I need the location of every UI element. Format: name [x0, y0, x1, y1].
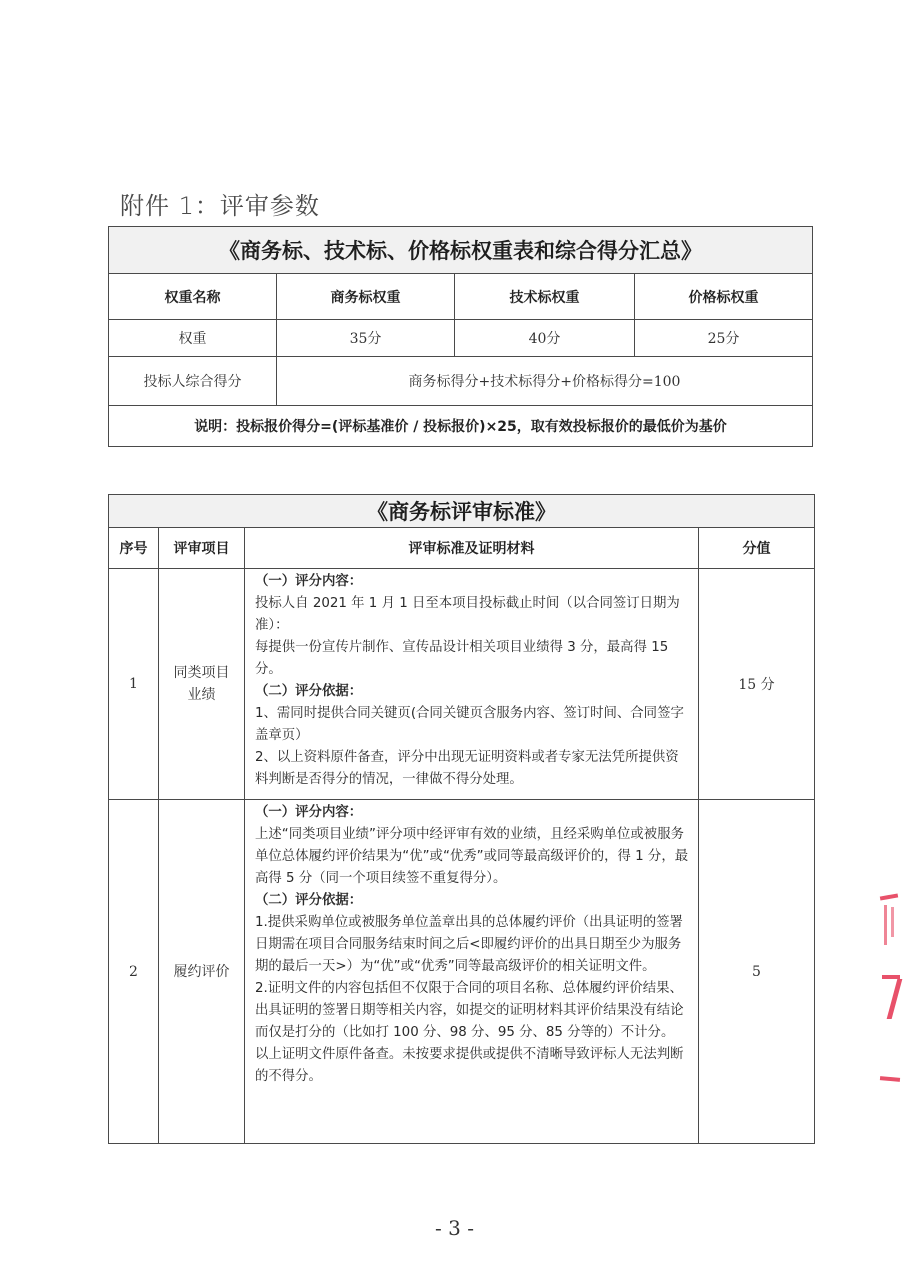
header-review-item: 评审项目 [159, 528, 245, 569]
weight-values-row: 权重 35分 40分 25分 [109, 320, 813, 357]
price-score-note-row: 说明：投标报价得分=(评标基准价 / 投标报价)×25，取有效投标报价的最低价为… [109, 406, 813, 447]
row-score: 5 [699, 800, 815, 1144]
header-serial-no: 序号 [109, 528, 159, 569]
weight-table-title: 《商务标、技术标、价格标权重表和综合得分汇总》 [109, 227, 813, 274]
seal-stamp-fragment-icon [878, 895, 900, 1085]
criteria-line: 2、以上资料原件备查，评分中出现无证明资料或者专家无法凭所提供资料判断是否得分的… [255, 747, 692, 791]
row-serial-no: 1 [109, 569, 159, 800]
criteria-section-heading: （二）评分依据： [255, 681, 692, 703]
business-weight-value: 35分 [277, 320, 455, 357]
total-score-row: 投标人综合得分 商务标得分+技术标得分+价格标得分=100 [109, 357, 813, 406]
row-review-item: 履约评价 [159, 800, 245, 1144]
criteria-section-heading: （二）评分依据： [255, 890, 692, 912]
attachment-heading: 附件 1：评审参数 [120, 186, 320, 221]
header-weight-name: 权重名称 [109, 274, 277, 320]
total-score-formula: 商务标得分+技术标得分+价格标得分=100 [277, 357, 813, 406]
business-criteria-table: 《商务标评审标准》 序号 评审项目 评审标准及证明材料 分值 1 同类项目业绩 … [108, 494, 815, 1144]
criteria-line: 投标人自 2021 年 1 月 1 日至本项目投标截止时间（以合同签订日期为准）… [255, 593, 692, 637]
criteria-line: 2.证明文件的内容包括但不仅限于合同的项目名称、总体履约评价结果、出具证明的签署… [255, 978, 692, 1044]
criteria-line: 每提供一份宣传片制作、宣传品设计相关项目业绩得 3 分，最高得 15 分。 [255, 637, 692, 681]
price-score-note: 说明：投标报价得分=(评标基准价 / 投标报价)×25，取有效投标报价的最低价为… [109, 406, 813, 447]
header-score: 分值 [699, 528, 815, 569]
criteria-line: 1.提供采购单位或被服务单位盖章出具的总体履约评价（出具证明的签署日期需在项目合… [255, 912, 692, 978]
criteria-line: 1、需同时提供合同关键页(合同关键页含服务内容、签订时间、合同签字盖章页） [255, 703, 692, 747]
header-technical-weight: 技术标权重 [455, 274, 635, 320]
price-weight-value: 25分 [635, 320, 813, 357]
row-serial-no: 2 [109, 800, 159, 1144]
header-business-weight: 商务标权重 [277, 274, 455, 320]
header-price-weight: 价格标权重 [635, 274, 813, 320]
business-table-title: 《商务标评审标准》 [109, 495, 815, 528]
weight-row-label: 权重 [109, 320, 277, 357]
header-criteria: 评审标准及证明材料 [245, 528, 699, 569]
criteria-section-heading: （一）评分内容： [255, 571, 692, 593]
page-number: - 3 - [0, 1216, 909, 1240]
criteria-line: 上述“同类项目业绩”评分项中经评审有效的业绩，且经采购单位或被服务单位总体履约评… [255, 824, 692, 890]
criteria-section-heading: （一）评分内容： [255, 802, 692, 824]
row-score: 15 分 [699, 569, 815, 800]
technical-weight-value: 40分 [455, 320, 635, 357]
row-criteria: （一）评分内容： 上述“同类项目业绩”评分项中经评审有效的业绩，且经采购单位或被… [245, 800, 699, 1144]
table-row: 1 同类项目业绩 （一）评分内容： 投标人自 2021 年 1 月 1 日至本项… [109, 569, 815, 800]
row-review-item: 同类项目业绩 [159, 569, 245, 800]
criteria-line: 以上证明文件原件备查。未按要求提供或提供不清晰导致评标人无法判断的不得分。 [255, 1044, 692, 1088]
business-table-header-row: 序号 评审项目 评审标准及证明材料 分值 [109, 528, 815, 569]
total-score-label: 投标人综合得分 [109, 357, 277, 406]
weight-table-header-row: 权重名称 商务标权重 技术标权重 价格标权重 [109, 274, 813, 320]
weight-summary-table: 《商务标、技术标、价格标权重表和综合得分汇总》 权重名称 商务标权重 技术标权重… [108, 226, 813, 447]
row-criteria: （一）评分内容： 投标人自 2021 年 1 月 1 日至本项目投标截止时间（以… [245, 569, 699, 800]
table-row: 2 履约评价 （一）评分内容： 上述“同类项目业绩”评分项中经评审有效的业绩，且… [109, 800, 815, 1144]
